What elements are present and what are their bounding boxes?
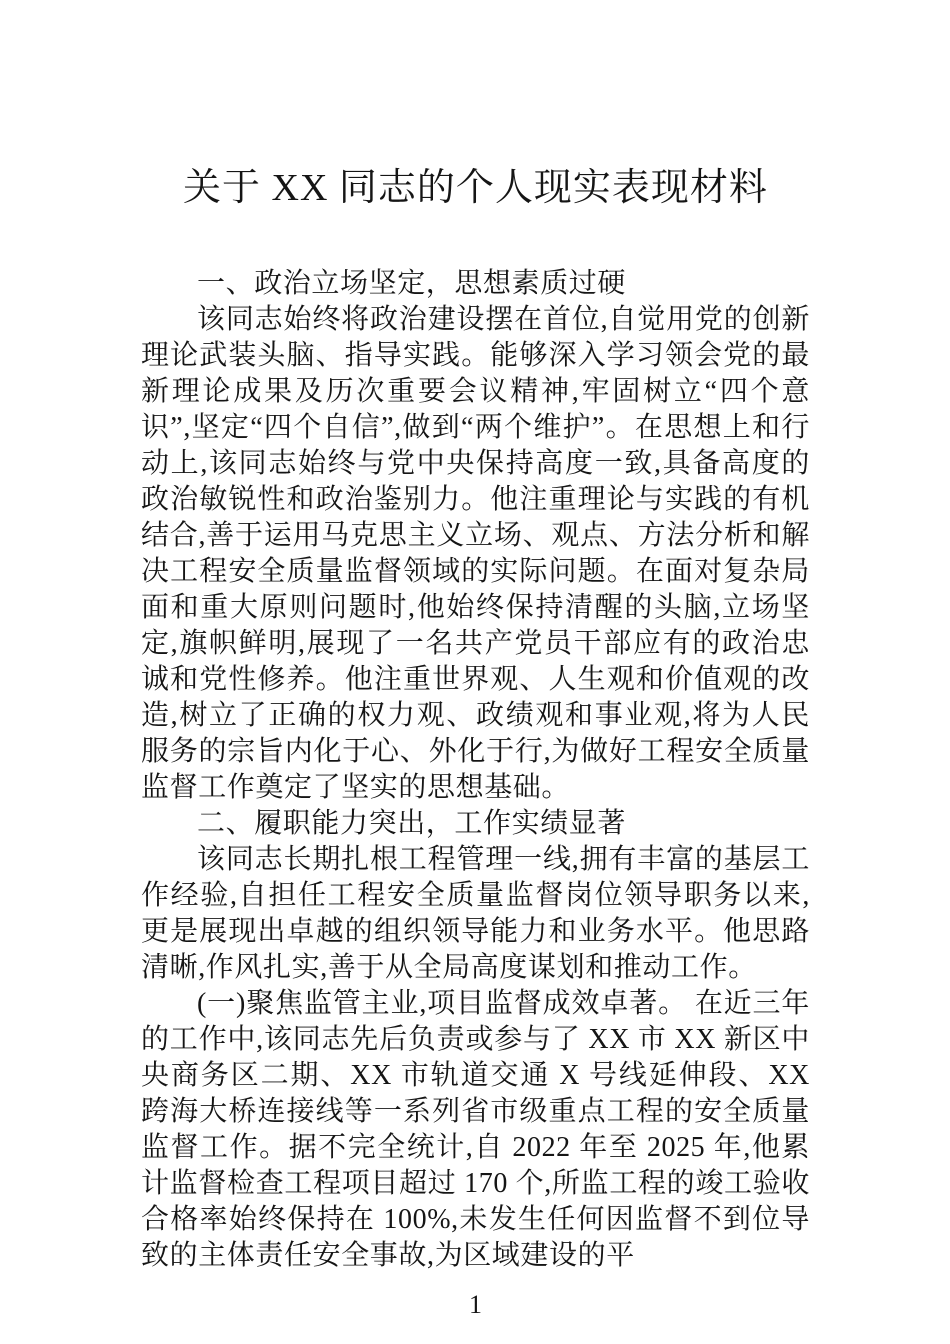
document-title: 关于 XX 同志的个人现实表现材料 [141, 160, 810, 216]
document-page: 关于 XX 同志的个人现实表现材料 一、政治立场坚定，思想素质过硬 该同志始终将… [0, 0, 950, 1344]
paragraph-supervision-achievements: (一)聚焦监管主业,项目监督成效卓著。 在近三年的工作中,该同志先后负责或参与了… [141, 986, 810, 1274]
document-body: 一、政治立场坚定，思想素质过硬 该同志始终将政治建设摆在首位,自觉用党的创新理论… [141, 266, 810, 1274]
section-heading-1: 一、政治立场坚定，思想素质过硬 [141, 266, 810, 302]
paragraph-political-stance: 该同志始终将政治建设摆在首位,自觉用党的创新理论武装头脑、指导实践。能够深入学习… [141, 302, 810, 806]
page-number: 1 [141, 1288, 810, 1322]
section-heading-2: 二、履职能力突出，工作实绩显著 [141, 806, 810, 842]
paragraph-work-capability: 该同志长期扎根工程管理一线,拥有丰富的基层工作经验,自担任工程安全质量监督岗位领… [141, 842, 810, 986]
